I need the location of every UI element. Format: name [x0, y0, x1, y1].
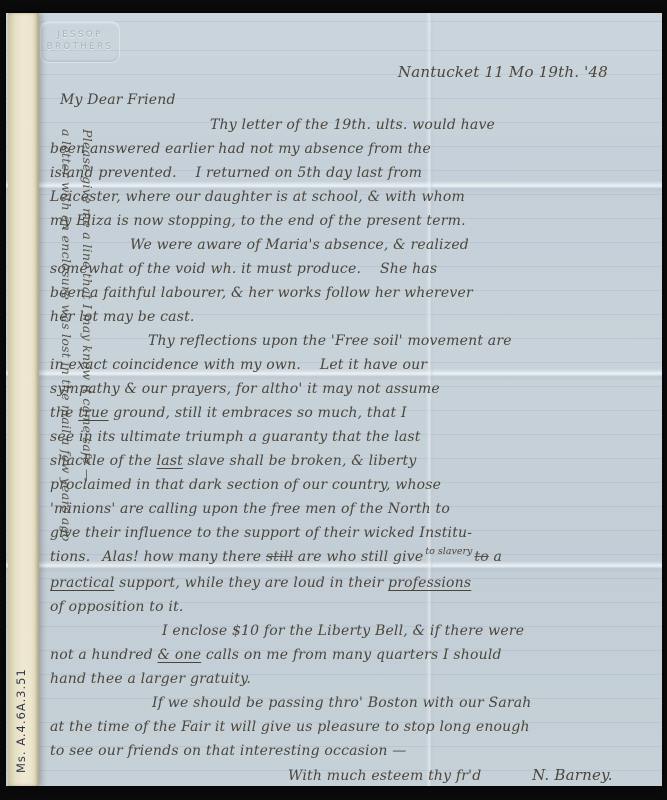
letter-line: Thy letter of the 19th. ults. would have	[50, 113, 650, 137]
letter-line: island prevented. I returned on 5th day …	[50, 161, 650, 185]
letter-text: We were aware of Maria's absence, & real…	[130, 237, 469, 253]
letter-line: the true ground, still it embraces so mu…	[50, 401, 650, 425]
letter-line: in exact coincidence with my own. Let it…	[50, 353, 650, 377]
letter-text: If we should be passing thro' Boston wit…	[152, 695, 532, 711]
letter-line: been answered earlier had not my absence…	[50, 137, 650, 161]
letter-text: her lot may be cast.	[50, 309, 195, 325]
closing-phrase: With much esteem thy fr'd	[50, 768, 481, 784]
letter-line: hand thee a larger gratuity.	[50, 667, 650, 691]
letter-text: calls on me from many quarters I should	[201, 647, 501, 663]
emboss-stamp-line2: BROTHERS	[41, 41, 119, 53]
archive-call-number: Ms. A.4.6A.3.51	[14, 613, 34, 773]
letter-line: see in its ultimate triumph a guaranty t…	[50, 425, 650, 449]
letter-line: not a hundred & one calls on me from man…	[50, 643, 650, 667]
letter-text: proclaimed in that dark section of our c…	[50, 477, 441, 493]
letter-text: in exact coincidence with my own. Let it…	[50, 357, 427, 373]
letter-text: been answered earlier had not my absence…	[50, 141, 431, 157]
letter-text: not a hundred	[50, 647, 158, 663]
letter-text: ground, still it embraces so much, that …	[109, 405, 407, 421]
letter-text: Leicester, where our daughter is at scho…	[50, 189, 465, 205]
letter-line: I enclose $10 for the Liberty Bell, & if…	[50, 619, 650, 643]
letter-text: somewhat of the void wh. it must produce…	[50, 261, 437, 277]
letter-text: shackle of the	[50, 453, 157, 469]
letter-text: give their influence to the support of t…	[50, 525, 472, 541]
letter-text: are who still give	[293, 549, 423, 565]
letter-line: proclaimed in that dark section of our c…	[50, 473, 650, 497]
letter-text: & one	[158, 647, 202, 663]
letter-text: of opposition to it.	[50, 599, 184, 615]
crossed-out-text: to	[474, 549, 488, 565]
letter-text: last	[157, 453, 183, 469]
letter-body-text: Nantucket 11 Mo 19th. '48 My Dear Friend…	[50, 57, 650, 786]
letter-line: somewhat of the void wh. it must produce…	[50, 257, 650, 281]
emboss-stamp-line1: JESSOP	[41, 29, 119, 41]
letter-paper: JESSOP BROTHERS Ms. A.4.6A.3.51 Please g…	[6, 13, 662, 786]
letter-text: the	[50, 405, 78, 421]
letter-line: to see our friends on that interesting o…	[50, 739, 650, 763]
letter-text: sympathy & our prayers, for altho' it ma…	[50, 381, 440, 397]
letter-text: at the time of the Fair it will give us …	[50, 719, 530, 735]
letter-line: If we should be passing thro' Boston wit…	[50, 691, 650, 715]
letter-text: slave shall be broken, & liberty	[183, 453, 416, 469]
letter-text: practical	[50, 575, 114, 591]
letter-text: Thy letter of the 19th. ults. would have	[210, 117, 495, 133]
dateline: Nantucket 11 Mo 19th. '48	[50, 57, 650, 87]
letter-text: to see our friends on that interesting o…	[50, 743, 406, 759]
letter-line: give their influence to the support of t…	[50, 521, 650, 545]
inserted-text: to slavery	[425, 546, 472, 557]
letter-text: my Eliza is now stopping, to the end of …	[50, 213, 466, 229]
letter-line: 'minions' are calling upon the free men …	[50, 497, 650, 521]
scanned-letter-page: { "scan": { "background_color": "#0a0a0b…	[0, 0, 667, 800]
letter-text: hand thee a larger gratuity.	[50, 671, 251, 687]
letter-line: of opposition to it.	[50, 595, 650, 619]
letter-text: see in its ultimate triumph a guaranty t…	[50, 429, 421, 445]
letter-line: my Eliza is now stopping, to the end of …	[50, 209, 650, 233]
letter-text: true	[78, 405, 108, 421]
closing-row: With much esteem thy fr'd N. Barney.	[50, 763, 650, 786]
letter-line: practical support, while they are loud i…	[50, 571, 650, 595]
letter-text: a	[489, 549, 502, 565]
letter-line: her lot may be cast.	[50, 305, 650, 329]
letter-line: Leicester, where our daughter is at scho…	[50, 185, 650, 209]
letter-text: Thy reflections upon the 'Free soil' mov…	[148, 333, 512, 349]
letter-text: professions	[388, 575, 471, 591]
letter-line: been a faithful labourer, & her works fo…	[50, 281, 650, 305]
letter-text: been a faithful labourer, & her works fo…	[50, 285, 473, 301]
letter-line: Thy reflections upon the 'Free soil' mov…	[50, 329, 650, 353]
letter-text: support, while they are loud in their	[114, 575, 388, 591]
letter-text: island prevented. I returned on 5th day …	[50, 165, 422, 181]
letter-text: tions. Alas! how many there	[50, 549, 266, 565]
letter-line: at the time of the Fair it will give us …	[50, 715, 650, 739]
signature: N. Barney.	[532, 766, 613, 784]
crossed-out-text: still	[266, 549, 293, 565]
letter-line: tions. Alas! how many there still are wh…	[50, 545, 650, 571]
salutation: My Dear Friend	[50, 87, 650, 113]
letter-text: I enclose $10 for the Liberty Bell, & if…	[162, 623, 524, 639]
letter-text: 'minions' are calling upon the free men …	[50, 501, 450, 517]
letter-body: Thy letter of the 19th. ults. would have…	[50, 113, 650, 763]
letter-line: shackle of the last slave shall be broke…	[50, 449, 650, 473]
letter-line: We were aware of Maria's absence, & real…	[50, 233, 650, 257]
letter-line: sympathy & our prayers, for altho' it ma…	[50, 377, 650, 401]
